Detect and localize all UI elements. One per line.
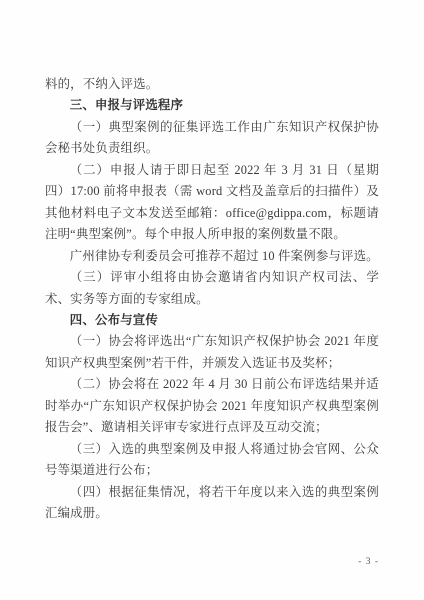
page-number: - 3 - xyxy=(358,557,379,567)
document-body-text: 料的，不纳入评选。 三、申报与评选程序 （一）典型案例的征集评选工作由广东知识产… xyxy=(45,74,379,525)
paragraph-collection-organizer: （一）典型案例的征集评选工作由广东知识产权保护协会秘书处负责组织。 xyxy=(45,117,379,160)
section-heading-application-procedure: 三、申报与评选程序 xyxy=(45,95,379,116)
paragraph-selection-certificates: （一）协会将评选出“广东知识产权保护协会 2021 年度知识产权典型案例”若干件… xyxy=(45,331,379,374)
paragraph-publicity-channels: （三）入选的典型案例及申报人将通过协会官网、公众号等渠道进行公布； xyxy=(45,439,379,482)
paragraph-compilation-booklet: （四）根据征集情况，将若干年度以来入选的典型案例汇编成册。 xyxy=(45,482,379,525)
paragraph-continuation: 料的，不纳入评选。 xyxy=(45,74,379,95)
section-heading-publication-promotion: 四、公布与宣传 xyxy=(45,310,379,331)
paragraph-submission-deadline-email: （二）申报人请于即日起至 2022 年 3 月 31 日（星期四）17:00 前… xyxy=(45,160,379,246)
scanned-document-page: 料的，不纳入评选。 三、申报与评选程序 （一）典型案例的征集评选工作由广东知识产… xyxy=(0,0,424,600)
paragraph-review-panel: （三）评审小组将由协会邀请省内知识产权司法、学术、实务等方面的专家组成。 xyxy=(45,267,379,310)
paragraph-results-announcement: （二）协会将在 2022 年 4 月 30 日前公布评选结果并适时举办“广东知识… xyxy=(45,374,379,438)
paragraph-bar-committee-recommendation: 广州律协专利委员会可推荐不超过 10 件案例参与评选。 xyxy=(45,246,379,267)
